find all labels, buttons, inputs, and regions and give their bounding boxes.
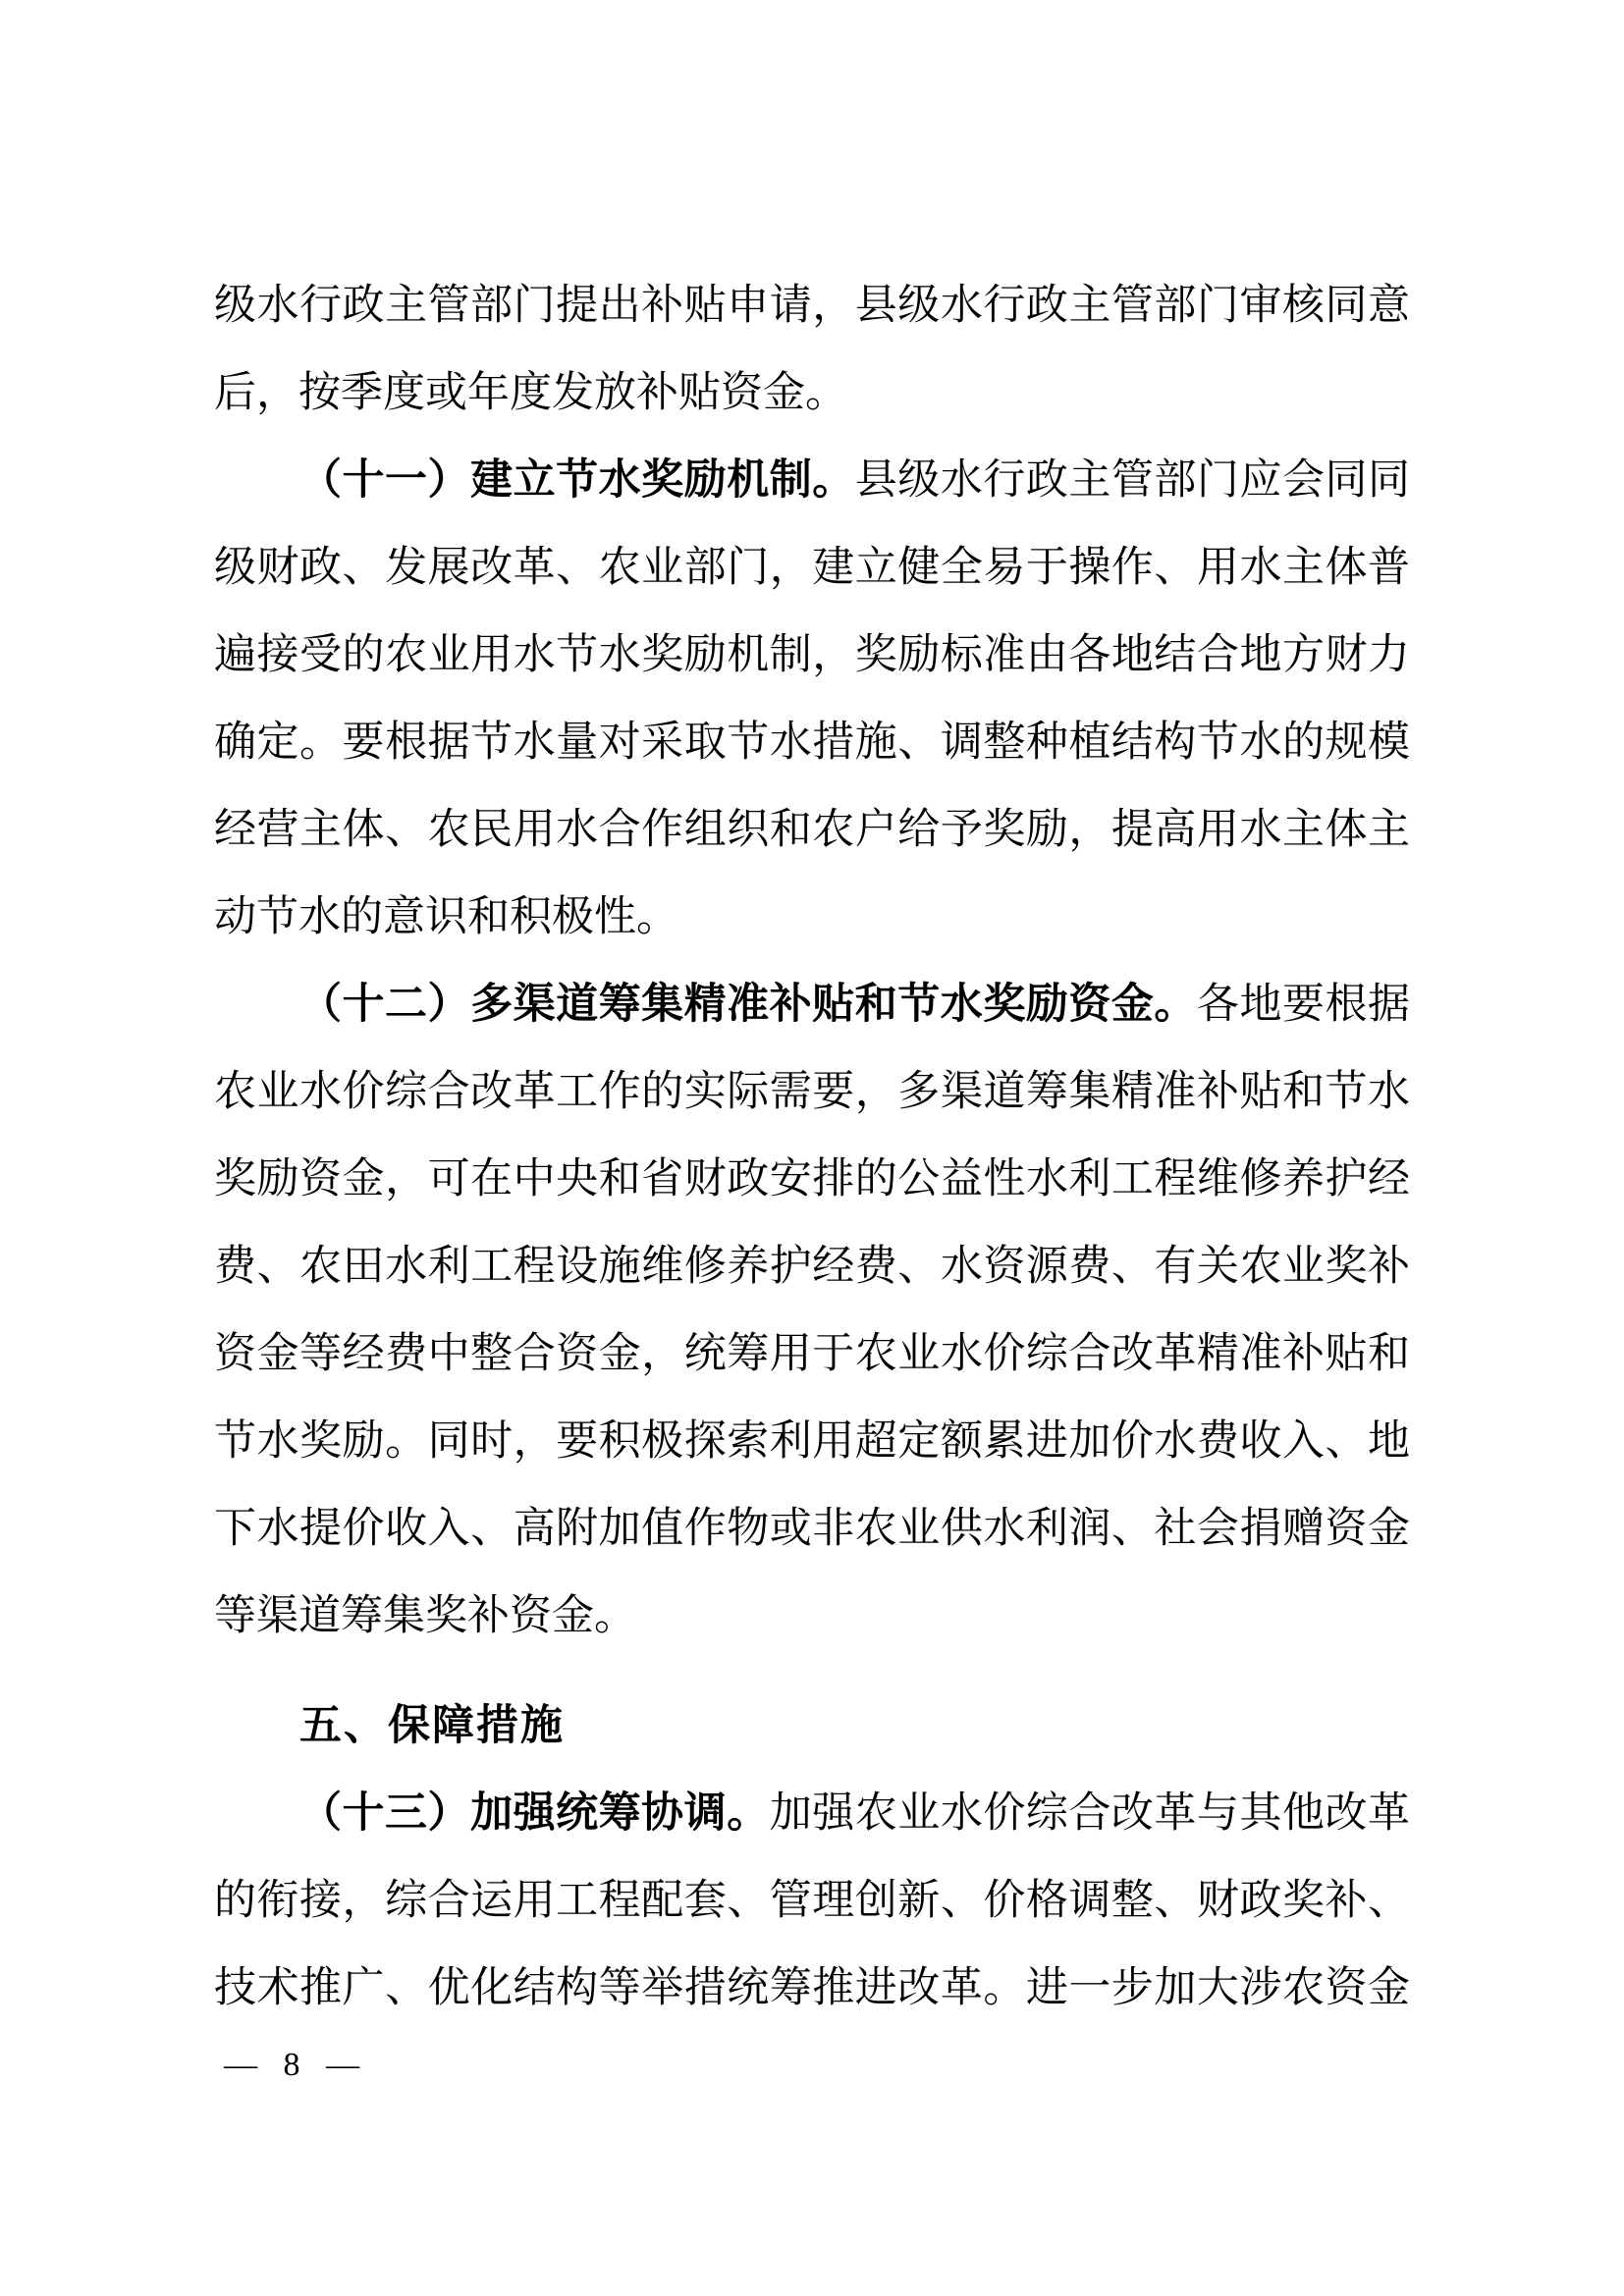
paragraph: （十一）建立节水奖励机制。县级水行政主管部门应会同同级财政、发展改革、农业部门，… (214, 437, 1410, 961)
text-line: 级财政、发展改革、农业部门，建立健全易于操作、用水主体普 (214, 524, 1410, 612)
bold-text-segment: （十一）建立节水奖励机制。 (299, 457, 855, 504)
page-number: — 8 — (224, 2044, 368, 2087)
paragraph: 级水行政主管部门提出补贴申请，县级水行政主管部门审核同意后，按季度或年度发放补贴… (214, 262, 1410, 437)
text-line: 的衔接，综合运用工程配套、管理创新、价格调整、财政奖补、 (214, 1857, 1410, 1945)
text-segment: 级水行政主管部门提出补贴申请，县级水行政主管部门审核同意 (214, 283, 1410, 329)
bold-text-segment: 五、保障措施 (299, 1702, 565, 1749)
text-line: 遍接受的农业用水节水奖励机制，奖励标准由各地结合地方财力 (214, 612, 1410, 699)
document-body: 级水行政主管部门提出补贴申请，县级水行政主管部门审核同意后，按季度或年度发放补贴… (214, 262, 1410, 2032)
text-segment: 后，按季度或年度发放补贴资金。 (214, 370, 847, 416)
text-segment: 奖励资金，可在中央和省财政安排的公益性水利工程维修养护经 (214, 1156, 1410, 1202)
text-segment: 农业水价综合改革工作的实际需要，多渠道筹集精准补贴和节水 (214, 1069, 1410, 1115)
text-line: （十一）建立节水奖励机制。县级水行政主管部门应会同同 (214, 437, 1410, 524)
bold-text-segment: （十三）加强统筹协调。 (299, 1790, 770, 1837)
text-segment: 费、农田水利工程设施维修养护经费、水资源费、有关农业奖补 (214, 1244, 1410, 1290)
text-segment: 节水奖励。同时，要积极探索利用超定额累进加价水费收入、地 (214, 1418, 1410, 1465)
text-line: 农业水价综合改革工作的实际需要，多渠道筹集精准补贴和节水 (214, 1048, 1410, 1136)
bold-text-segment: （十二）多渠道筹集精准补贴和节水奖励资金。 (299, 982, 1197, 1028)
text-segment: 技术推广、优化结构等举措统筹推进改革。进一步加大涉农资金 (214, 1965, 1410, 2011)
text-line: 后，按季度或年度发放补贴资金。 (214, 349, 1410, 437)
text-line: 五、保障措施 (214, 1682, 1410, 1770)
text-segment: 动节水的意识和积极性。 (214, 894, 678, 940)
text-segment: 加强农业水价综合改革与其他改革 (770, 1790, 1410, 1837)
text-segment: 县级水行政主管部门应会同同 (855, 457, 1410, 504)
text-segment: 确定。要根据节水量对采取节水措施、调整种植结构节水的规模 (214, 720, 1410, 766)
text-line: 经营主体、农民用水合作组织和农户给予奖励，提高用水主体主 (214, 786, 1410, 874)
text-line: 确定。要根据节水量对采取节水措施、调整种植结构节水的规模 (214, 699, 1410, 786)
text-line: （十二）多渠道筹集精准补贴和节水奖励资金。各地要根据 (214, 961, 1410, 1048)
text-segment: 的衔接，综合运用工程配套、管理创新、价格调整、财政奖补、 (214, 1878, 1410, 1924)
text-line: 节水奖励。同时，要积极探索利用超定额累进加价水费收入、地 (214, 1398, 1410, 1485)
text-segment: 资金等经费中整合资金，统筹用于农业水价综合改革精准补贴和 (214, 1331, 1410, 1377)
text-line: 资金等经费中整合资金，统筹用于农业水价综合改革精准补贴和 (214, 1310, 1410, 1398)
text-segment: 级财政、发展改革、农业部门，建立健全易于操作、用水主体普 (214, 545, 1410, 591)
text-segment: 遍接受的农业用水节水奖励机制，奖励标准由各地结合地方财力 (214, 632, 1410, 678)
text-segment: 下水提价收入、高附加值作物或非农业供水利润、社会捐赠资金 (214, 1506, 1410, 1552)
text-line: 费、农田水利工程设施维修养护经费、水资源费、有关农业奖补 (214, 1223, 1410, 1310)
paragraph: （十三）加强统筹协调。加强农业水价综合改革与其他改革的衔接，综合运用工程配套、管… (214, 1770, 1410, 2032)
text-line: 奖励资金，可在中央和省财政安排的公益性水利工程维修养护经 (214, 1136, 1410, 1223)
text-line: 下水提价收入、高附加值作物或非农业供水利润、社会捐赠资金 (214, 1485, 1410, 1573)
text-line: （十三）加强统筹协调。加强农业水价综合改革与其他改革 (214, 1770, 1410, 1857)
text-line: 等渠道筹集奖补资金。 (214, 1573, 1410, 1660)
document-page: 级水行政主管部门提出补贴申请，县级水行政主管部门审核同意后，按季度或年度发放补贴… (0, 0, 1624, 2296)
text-line: 级水行政主管部门提出补贴申请，县级水行政主管部门审核同意 (214, 262, 1410, 349)
text-segment: 经营主体、农民用水合作组织和农户给予奖励，提高用水主体主 (214, 807, 1410, 853)
paragraph: （十二）多渠道筹集精准补贴和节水奖励资金。各地要根据农业水价综合改革工作的实际需… (214, 961, 1410, 1660)
text-segment: 等渠道筹集奖补资金。 (214, 1593, 636, 1639)
text-segment: 各地要根据 (1197, 982, 1410, 1028)
text-line: 动节水的意识和积极性。 (214, 874, 1410, 961)
text-line: 技术推广、优化结构等举措统筹推进改革。进一步加大涉农资金 (214, 1945, 1410, 2032)
section-heading: 五、保障措施 (214, 1682, 1410, 1770)
